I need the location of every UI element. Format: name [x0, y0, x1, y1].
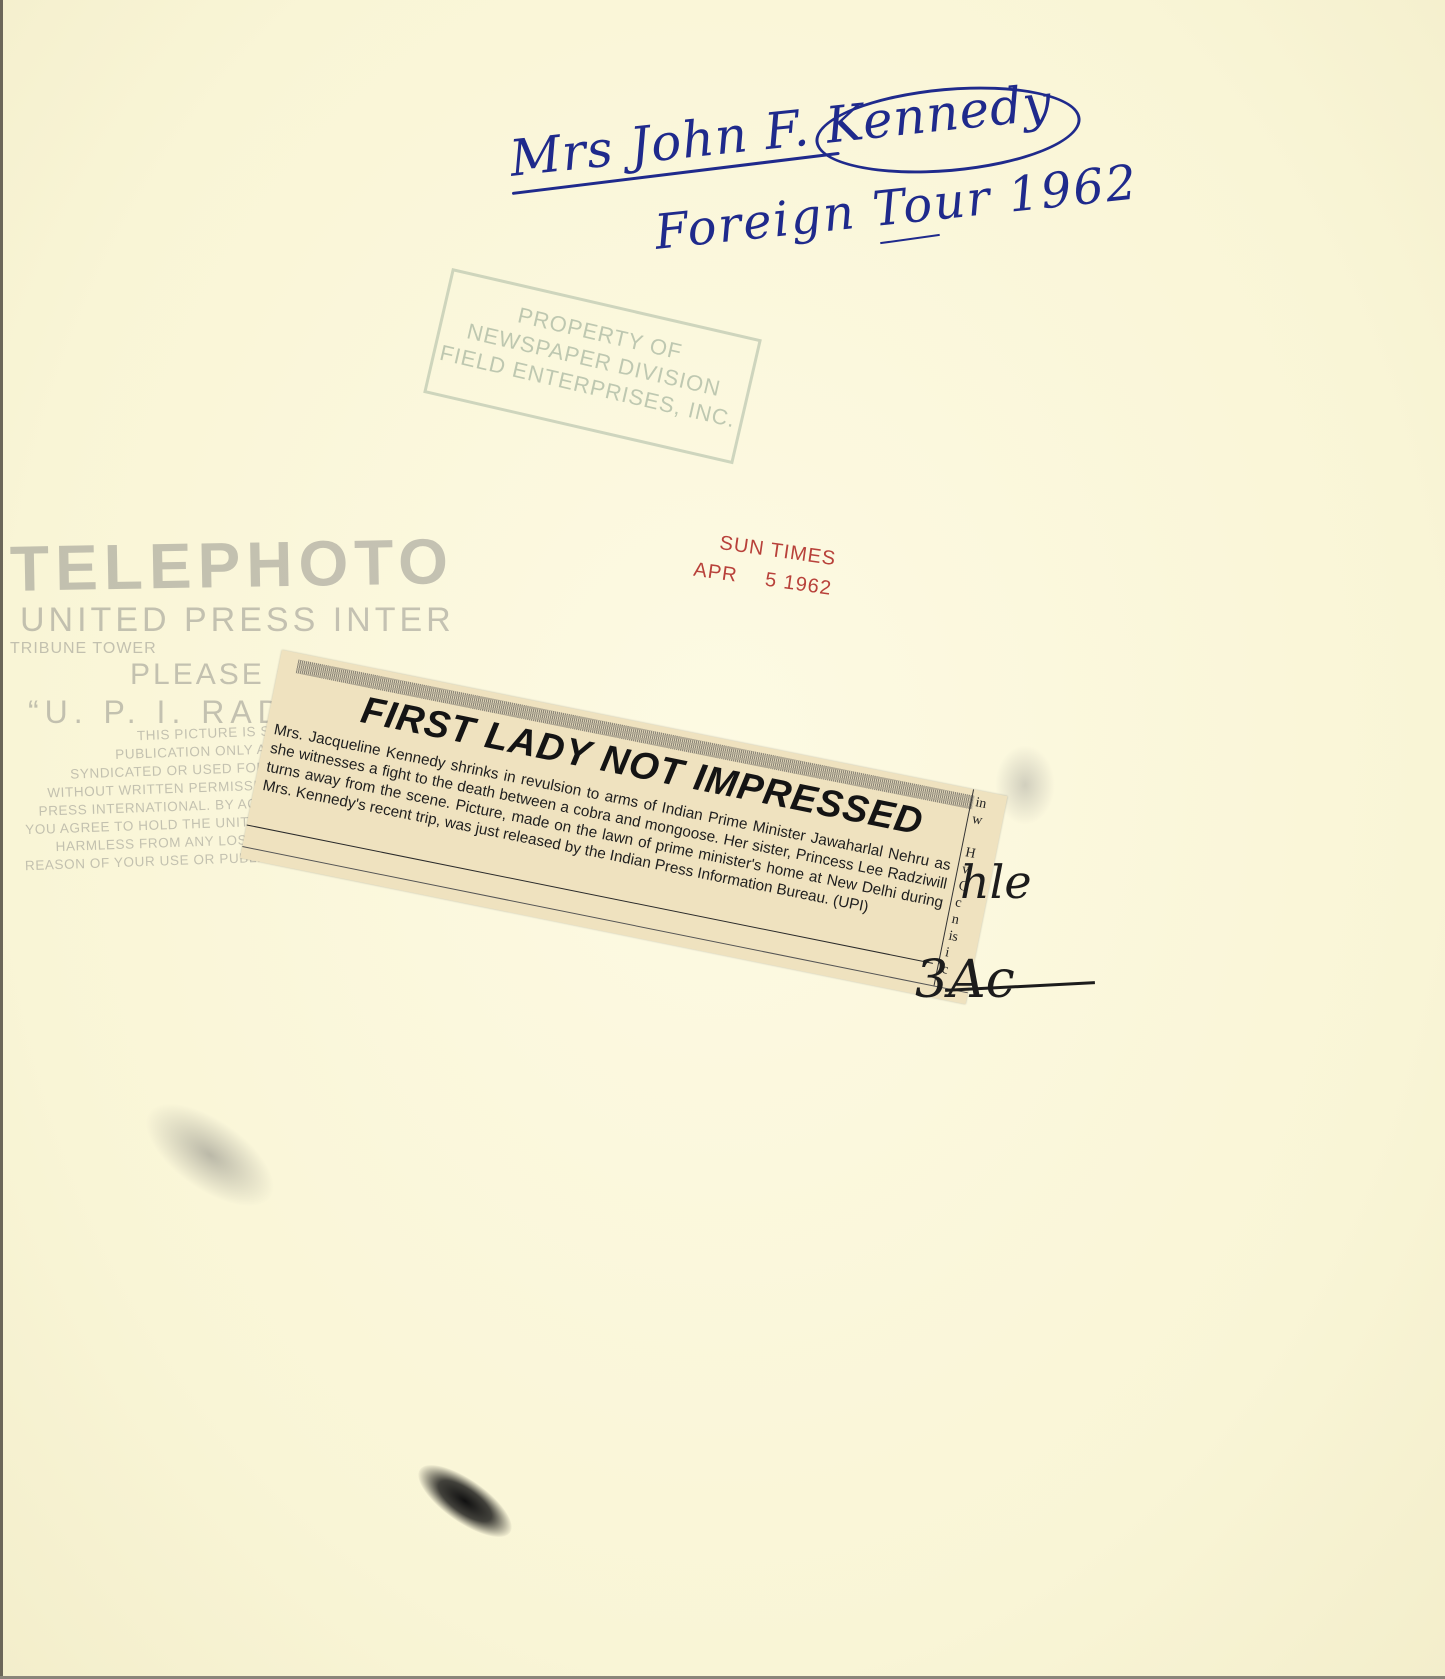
pencil-note: hle — [960, 855, 1032, 909]
sun-times-month: APR — [692, 559, 739, 587]
upi-stamp-tower: TRIBUNE TOWER — [0, 640, 460, 658]
upi-stamp-title: TELEPHOTO — [0, 526, 461, 604]
sun-times-day-year: 5 1962 — [764, 569, 834, 600]
pencil-note-size: 3Ac — [915, 950, 1015, 1010]
upi-stamp-agency: UNITED PRESS INTER — [0, 600, 460, 640]
